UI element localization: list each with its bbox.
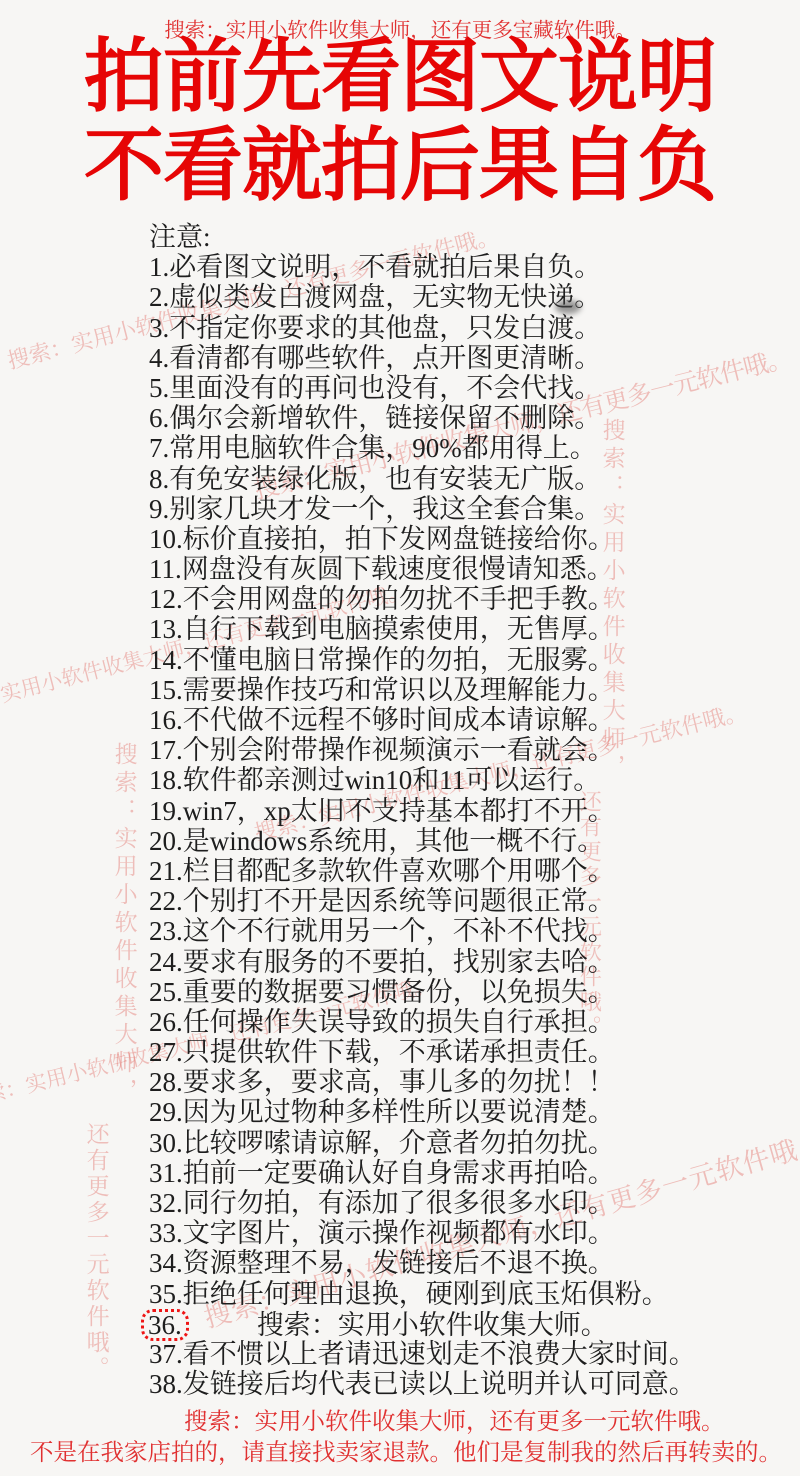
notice-line: 34.资源整理不易，发链接后不退不换。 [149,1248,789,1278]
notice-line: 28.要求多，要求高，事儿多的勿扰！！ [149,1067,789,1097]
footer-search-line: 搜索：实用小软件收集大师，还有更多一元软件哦。 [184,1402,725,1436]
notice-line: 38.发链接后均代表已读以上说明并认可同意。 [149,1369,789,1399]
notice-line: 15.需要操作技巧和常识以及理解能力。 [149,675,789,705]
notice-line: 14.不懂电脑日常操作的勿拍，无服雾。 [149,645,789,675]
notice-line: 31.拍前一定要确认好自身需求再拍哈。 [149,1158,789,1188]
notice-line: 11.网盘没有灰圆下载速度很慢请知悉。 [149,554,789,584]
notice-line: 18.软件都亲测过win10和11可以运行。 [149,765,789,795]
notice-line: 35.拒绝任何理由退换，硬刚到底玉炻俱粉。 [149,1279,789,1309]
notice-line: 25.重要的数据要习惯备份，以免损失。 [149,977,789,1007]
notice-line: 20.是windows系统用，其他一概不行。 [149,826,789,856]
notice-heading: 注意: [149,222,789,252]
notice-line: 5.里面没有的再问也没有，不会代找。 [149,373,789,403]
notice-line: 33.文字图片，演示操作视频都有水印。 [149,1218,789,1248]
notice-line: 30.比较啰嗦请谅解，介意者勿拍勿扰。 [149,1128,789,1158]
ink-smudge [555,300,581,314]
notice-line: 1.必看图文说明，不看就拍后果自负。 [149,252,789,282]
notice-line: 27.只提供软件下载，不承诺承担责任。 [149,1037,789,1067]
notice-line: 23.这个不行就用另一个，不补不代找。 [149,916,789,946]
notice-line: 4.看清都有哪些软件，点开图更清晰。 [149,343,789,373]
notice-line: 13.自行下载到电脑摸索使用，无售厚。 [149,614,789,644]
circled-number-36: 36. [141,1309,189,1341]
page-title: 拍前先看图文说明 不看就拍后果自负 [0,34,800,212]
watermark-vertical-left-1: 搜索：实用小软件收集大师， [110,742,138,1106]
title-line-1: 拍前先看图文说明 [0,34,800,123]
notice-line: 17.个别会附带操作视频演示一看就会。 [149,735,789,765]
notice-line: 21.栏目都配多款软件喜欢哪个用哪个。 [149,856,789,886]
promo-notice-image: 搜索：实用小软件收集大师，还有更多一元软件哦。 搜索：实用小软件收集大师，还有更… [0,0,800,1476]
notice-line: 10.标价直接拍，拍下发网盘链接给你。 [149,524,789,554]
notice-line: 9.别家几块才发一个，我这全套合集。 [149,494,789,524]
notice-line: 29.因为见过物种多样性所以要说清楚。 [149,1097,789,1127]
notice-line: 26.任何操作失误导致的损失自行承担。 [149,1007,789,1037]
footer-warning-line: 不是在我家店拍的，请直接找卖家退款。他们是复制我的然后再转卖的。 [30,1433,782,1467]
notice-line: 32.同行勿拍，有添加了很多很多水印。 [149,1188,789,1218]
notice-list: 注意: 1.必看图文说明，不看就拍后果自负。2.虚似类发白渡网盘，无实物无快递。… [149,222,789,1399]
notice-line: 8.有免安装绿化版，也有安装无广版。 [149,464,789,494]
notice-line: 2.虚似类发白渡网盘，无实物无快递。 [149,282,789,312]
notice-line: 6.偶尔会新增软件，链接保留不删除。 [149,403,789,433]
notice-line: 3.不指定你要求的其他盘，只发白渡。 [149,313,789,343]
notice-line: 16.不代做不远程不够时间成本请谅解。 [149,705,789,735]
notice-line: 22.个别打不开是因系统等问题很正常。 [149,886,789,916]
notice-line-36-text: 搜索：实用小软件收集大师。 [257,1310,608,1340]
watermark-vertical-left-2: 还有更多一元软件哦。 [82,1122,110,1382]
notice-line: 12.不会用网盘的勿拍勿扰不手把手教。 [149,584,789,614]
notice-line-36: 36.搜索：实用小软件收集大师。 [149,1309,789,1339]
notice-line: 37.看不惯以上者请迅速划走不浪费大家时间。 [149,1339,789,1369]
title-line-2: 不看就拍后果自负 [0,123,800,212]
notice-line: 24.要求有服务的不要拍，找别家去哈。 [149,947,789,977]
notice-line: 7.常用电脑软件合集，90%都用得上。 [149,433,789,463]
notice-line: 19.win7，xp太旧不支持基本都打不开。 [149,796,789,826]
